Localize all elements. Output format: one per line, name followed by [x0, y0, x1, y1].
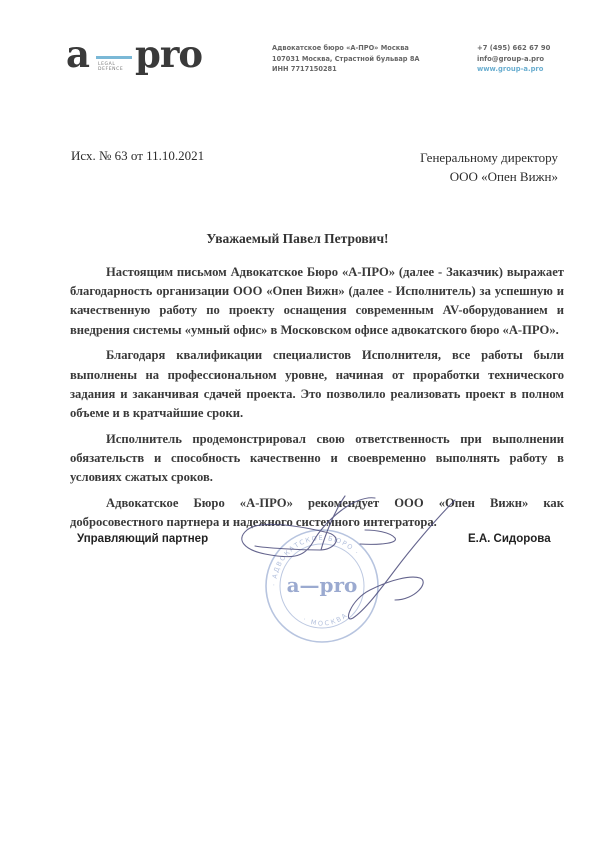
logo-dash: [96, 56, 132, 59]
company-contacts: +7 (495) 662 67 90 info@group-a.pro www.…: [477, 43, 550, 75]
addressee: Генеральному директору ООО «Опен Вижн»: [420, 148, 558, 186]
logo-text-pro: pro: [135, 34, 202, 74]
company-address-line: 107031 Москва, Страстной бульвар 8А: [272, 54, 420, 65]
addressee-title: Генеральному директору: [420, 148, 558, 167]
company-logo: a pro LEGAL DEFENCE: [66, 34, 226, 80]
paragraph: Исполнитель продемонстрировал свою ответ…: [70, 430, 564, 488]
contact-phone: +7 (495) 662 67 90: [477, 43, 550, 54]
handwritten-signature-icon: [225, 490, 465, 630]
logo-letter-a: a: [66, 34, 89, 74]
company-details: Адвокатское бюро «А-ПРО» Москва 107031 М…: [272, 43, 420, 75]
logo-tagline-2: DEFENCE: [98, 67, 123, 72]
company-inn-line: ИНН 7717150281: [272, 64, 420, 75]
salutation: Уважаемый Павел Петрович!: [0, 231, 595, 247]
paragraph: Настоящим письмом Адвокатское Бюро «А-ПР…: [70, 263, 564, 340]
addressee-company: ООО «Опен Вижн»: [420, 167, 558, 186]
paragraph: Благодаря квалификации специалистов Испо…: [70, 346, 564, 423]
contact-email: info@group-a.pro: [477, 54, 550, 65]
letter-page: a pro LEGAL DEFENCE Адвокатское бюро «А-…: [0, 0, 595, 842]
contact-website: www.group-a.pro: [477, 64, 550, 75]
logo-tagline: LEGAL DEFENCE: [98, 62, 123, 72]
signatory-name: Е.А. Сидорова: [468, 533, 551, 545]
signatory-role: Управляющий партнер: [77, 533, 208, 545]
company-name-line: Адвокатское бюро «А-ПРО» Москва: [272, 43, 420, 54]
outgoing-reference: Исх. № 63 от 11.10.2021: [71, 148, 204, 164]
